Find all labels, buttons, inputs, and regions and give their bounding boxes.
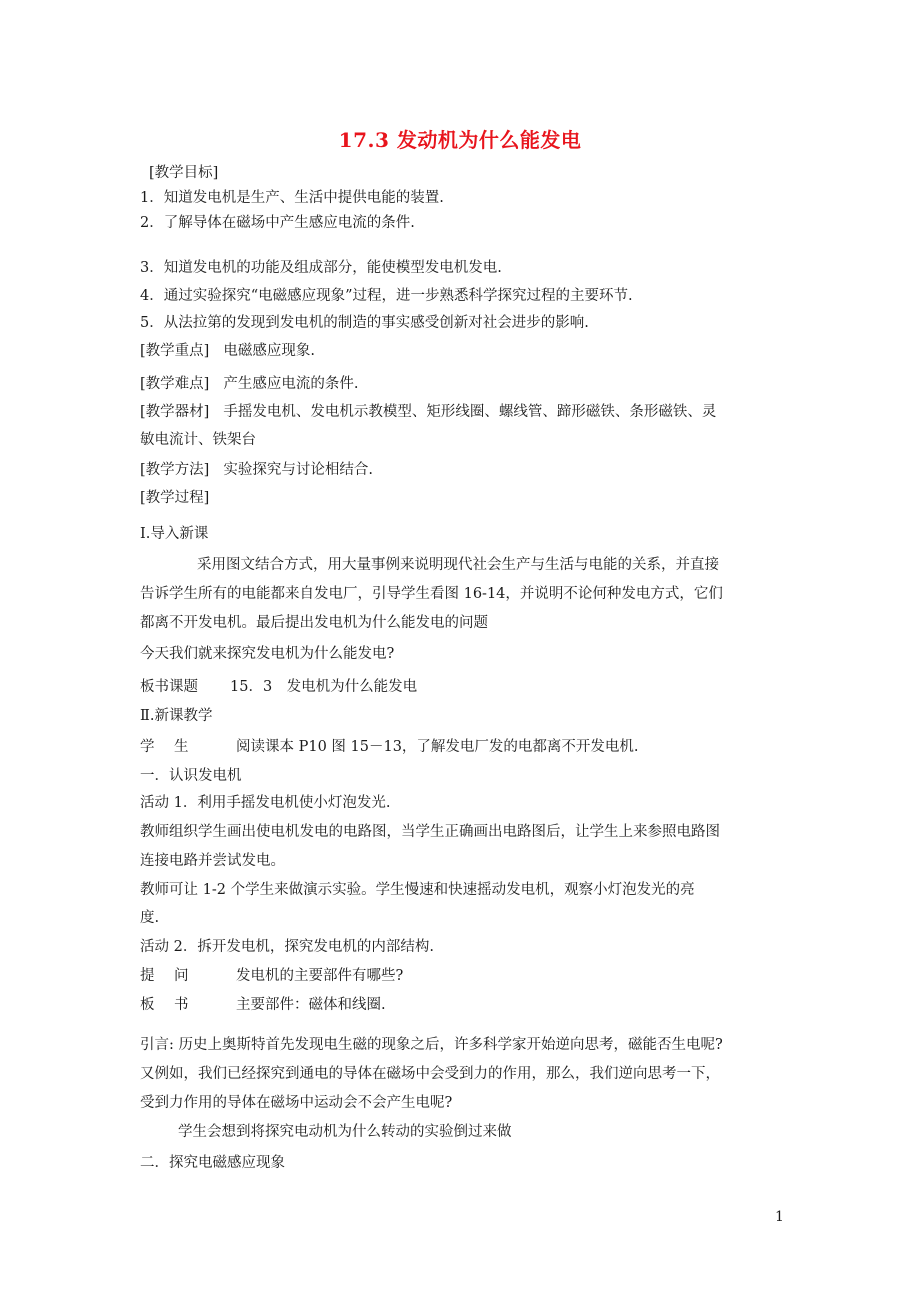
- teacher-instruction-line: 教师组织学生画出使电机发电的电路图，当学生正确画出电路图后，让学生上来参照电路图: [140, 822, 720, 842]
- student-idea: 学生会想到将探究电动机为什么转动的实验倒过来做: [178, 1122, 512, 1142]
- intro-line: 引言: 历史上奥斯特首先发现电生磁的现象之后，许多科学家开始逆向思考，磁能否生电…: [140, 1035, 723, 1055]
- board-title-label: 板书课题: [140, 677, 198, 697]
- section1-heading: Ⅰ.导入新课: [140, 524, 208, 544]
- teacher-instruction-line: 连接电路并尝试发电。: [140, 851, 285, 871]
- process-heading: [教学过程]: [140, 488, 209, 508]
- intro-line: 又例如，我们已经探究到通电的导体在磁场中会受到力的作用，那么，我们逆向思考一下，: [140, 1064, 720, 1084]
- document-page: 17.3 发动机为什么能发电 [教学目标] 1．知道发电机是生产、生活中提供电能…: [0, 0, 920, 1302]
- board-label: 板书: [140, 995, 236, 1015]
- difficulty-row: [教学难点]产生感应电流的条件.: [140, 374, 358, 394]
- document-title: 17.3 发动机为什么能发电: [0, 124, 920, 153]
- teacher-demo-line: 度.: [140, 908, 159, 928]
- key-point-row: [教学重点]电磁感应现象.: [140, 341, 315, 361]
- key-point-text: 电磁感应现象.: [223, 343, 315, 359]
- method-text: 实验探究与讨论相结合.: [223, 462, 373, 478]
- part2-heading: 二．探究电磁感应现象: [140, 1153, 285, 1173]
- difficulty-label: [教学难点]: [140, 374, 209, 394]
- activity2: 活动 2．拆开发电机，探究发电机的内部结构.: [140, 937, 434, 957]
- equipment-label: [教学器材]: [140, 402, 209, 422]
- board-row: 板书主要部件：磁体和线圈.: [140, 995, 386, 1015]
- board-text: 主要部件：磁体和线圈.: [236, 997, 386, 1013]
- ask-label: 提问: [140, 966, 236, 986]
- method-row: [教学方法]实验探究与讨论相结合.: [140, 460, 373, 480]
- student-row: 学生阅读课本 P10 图 15－13，了解发电厂发的电都离不开发电机.: [140, 737, 639, 757]
- board-title-row: 板书课题15．3 发电机为什么能发电: [140, 677, 417, 697]
- method-label: [教学方法]: [140, 460, 209, 480]
- activity1: 活动 1．利用手摇发电机使小灯泡发光.: [140, 793, 390, 813]
- objective-item: 5．从法拉第的发现到发电机的制造的事实感受创新对社会进步的影响.: [140, 313, 589, 333]
- intro-line: 受到力作用的导体在磁场中运动会不会产生电呢?: [140, 1093, 452, 1113]
- difficulty-text: 产生感应电流的条件.: [223, 376, 358, 392]
- section1-paragraph-line: 都离不开发电机。最后提出发电机为什么能发电的问题: [140, 613, 488, 633]
- ask-text: 发电机的主要部件有哪些?: [236, 968, 403, 984]
- key-point-label: [教学重点]: [140, 341, 209, 361]
- objective-item: 4．通过实验探究“电磁感应现象”过程，进一步熟悉科学探究过程的主要环节.: [140, 286, 633, 306]
- section1-paragraph-line: 采用图文结合方式，用大量事例来说明现代社会生产与生活与电能的关系，并直接: [197, 555, 719, 575]
- section1-question: 今天我们就来探究发电机为什么能发电?: [140, 644, 394, 664]
- board-title-text: 15．3 发电机为什么能发电: [230, 679, 417, 695]
- teacher-demo-line: 教师可让 1-2 个学生来做演示实验。学生慢速和快速摇动发电机，观察小灯泡发光的…: [140, 880, 695, 900]
- equipment-text-continued: 敏电流计、铁架台: [140, 430, 256, 450]
- section1-paragraph-line: 告诉学生所有的电能都来自发电厂，引导学生看图 16-14，并说明不论何种发电方式…: [140, 584, 723, 604]
- objectives-heading: [教学目标]: [149, 163, 218, 183]
- objective-item: 3．知道发电机的功能及组成部分，能使模型发电机发电.: [140, 258, 502, 278]
- ask-row: 提问发电机的主要部件有哪些?: [140, 966, 403, 986]
- section2-heading: Ⅱ.新课教学: [140, 706, 212, 726]
- student-text: 阅读课本 P10 图 15－13，了解发电厂发的电都离不开发电机.: [236, 739, 639, 755]
- part1-heading: 一．认识发电机: [140, 766, 242, 786]
- student-label: 学生: [140, 737, 236, 757]
- objective-item: 1．知道发电机是生产、生活中提供电能的装置.: [140, 188, 444, 208]
- equipment-text: 手摇发电机、发电机示教模型、矩形线圈、螺线管、蹄形磁铁、条形磁铁、灵: [223, 404, 716, 420]
- equipment-row: [教学器材]手摇发电机、发电机示教模型、矩形线圈、螺线管、蹄形磁铁、条形磁铁、灵: [140, 402, 716, 422]
- objective-item: 2．了解导体在磁场中产生感应电流的条件.: [140, 213, 415, 233]
- page-number: 1: [775, 1209, 784, 1225]
